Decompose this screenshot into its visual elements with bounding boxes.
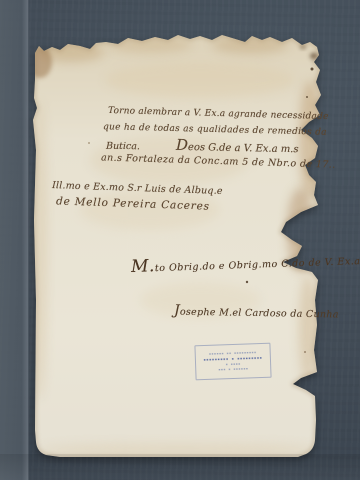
manuscript-paper (0, 0, 360, 480)
signature: Josephe M.el Cardoso da Cunha (174, 303, 339, 322)
manuscript-body-line-3-right: Deos G.de a V. Ex.a m.s (176, 136, 299, 157)
background-shading (0, 454, 360, 480)
archival-photo: Torno alembrar a V. Ex.a agrande necessi… (0, 0, 360, 480)
stamp-text-line: ▪▪▪ ▪ ▪▪▪▪▪▪ (218, 366, 248, 373)
archival-stamp: ▪▪▪▪▪▪ ▪▪ ▪▪▪▪▪▪▪▪▪ ▪▪▪▪▪▪▪▪▪ ▪ ▪▪▪▪▪▪▪▪… (194, 343, 271, 381)
paper-shape (33, 35, 321, 457)
manuscript-body-line-3-left: Butica. (106, 141, 140, 153)
